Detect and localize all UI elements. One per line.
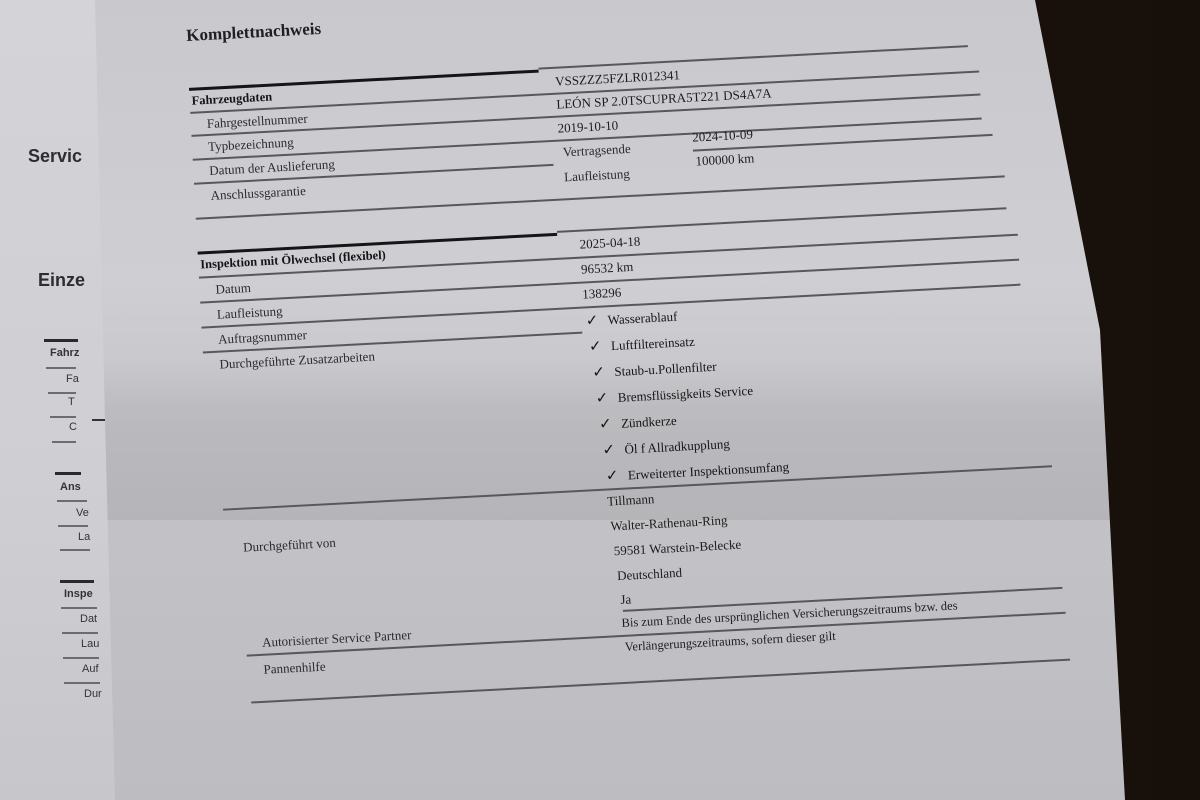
extended-warranty-label: Anschlussgarantie — [210, 183, 306, 204]
check-icon: ✓ — [589, 336, 612, 355]
row-rule — [251, 659, 1070, 703]
back-sheet-label: C — [69, 421, 77, 433]
back-sheet-label: Ans — [60, 481, 81, 493]
back-sheet-label: Ve — [76, 507, 89, 519]
inspection-date-value: 2025-04-18 — [579, 233, 640, 252]
extra-work-item: ✓Luftfiltereinsatz — [589, 332, 696, 356]
warranty-mileage-label: Laufleistung — [564, 166, 630, 185]
back-sheet-rule — [61, 607, 97, 609]
document-content: Komplettnachweis Fahrzeugdaten VSSZZZ5FZ… — [185, 0, 1044, 12]
back-sheet-label: Fahrz — [50, 347, 79, 359]
back-sheet-label: T — [68, 396, 75, 408]
authorized-partner-value: Ja — [620, 591, 632, 608]
back-sheet-label: Inspe — [64, 588, 93, 600]
check-icon: ✓ — [592, 362, 615, 381]
type-label: Typbezeichnung — [208, 135, 294, 155]
back-sheet-rule — [48, 392, 76, 394]
inspection-mileage-label: Laufleistung — [216, 303, 282, 322]
check-icon: ✓ — [585, 310, 608, 329]
warranty-mileage-value: 100000 km — [695, 150, 755, 169]
back-sheet-label: Auf — [82, 663, 99, 675]
row-rule — [538, 45, 967, 69]
back-sheet-title: Servic — [28, 146, 82, 167]
check-icon: ✓ — [605, 465, 628, 484]
check-icon: ✓ — [599, 414, 622, 433]
back-sheet-subtitle: Einze — [38, 270, 85, 291]
back-sheet-label: Fa — [66, 373, 79, 385]
main-document-sheet: Komplettnachweis Fahrzeugdaten VSSZZZ5FZ… — [95, 0, 1125, 800]
extra-work-item: ✓Wasserablauf — [585, 307, 678, 330]
back-sheet-rule — [60, 580, 94, 583]
back-sheet-rule — [58, 525, 88, 527]
back-sheet-label: Dur — [84, 688, 102, 700]
back-sheet-label: La — [78, 531, 90, 543]
workshop-name: Tillmann — [607, 491, 655, 509]
order-number-label: Auftragsnummer — [218, 327, 308, 348]
back-sheet-rule — [52, 441, 76, 443]
document-title: Komplettnachweis — [186, 19, 322, 46]
inspection-date-label: Datum — [215, 280, 251, 298]
back-sheet-label: Dat — [80, 613, 97, 625]
back-sheet-rule — [50, 416, 76, 418]
performed-by-label: Durchgeführt von — [243, 535, 336, 556]
back-sheet-rule — [57, 500, 87, 502]
check-icon: ✓ — [595, 388, 618, 407]
workshop-city: 59581 Warstein-Belecke — [613, 537, 741, 560]
back-sheet-label: Lau — [81, 638, 99, 650]
back-sheet-rule — [46, 367, 76, 369]
row-rule — [557, 207, 1006, 232]
contract-end-label: Vertragsende — [562, 141, 631, 161]
back-sheet-rule — [62, 632, 98, 634]
vehicle-section-heading: Fahrzeugdaten — [191, 90, 272, 109]
workshop-country: Deutschland — [617, 565, 683, 584]
back-sheet-rule — [64, 682, 100, 684]
inspection-mileage-value: 96532 km — [581, 259, 634, 278]
delivery-date-value: 2019-10-10 — [557, 117, 618, 136]
back-sheet-rule — [44, 339, 78, 342]
back-sheet-rule — [63, 657, 99, 659]
back-sheet-rule — [55, 472, 81, 475]
contract-end-value: 2024-10-09 — [692, 126, 753, 145]
section-rule — [189, 70, 539, 91]
check-icon: ✓ — [602, 440, 625, 459]
type-value: LEÓN SP 2.0TSCUPRA5T221 DS4A7A — [556, 85, 772, 112]
order-number-value: 138296 — [582, 285, 622, 303]
back-sheet-rule — [60, 549, 90, 551]
breakdown-label: Pannenhilfe — [263, 659, 326, 678]
